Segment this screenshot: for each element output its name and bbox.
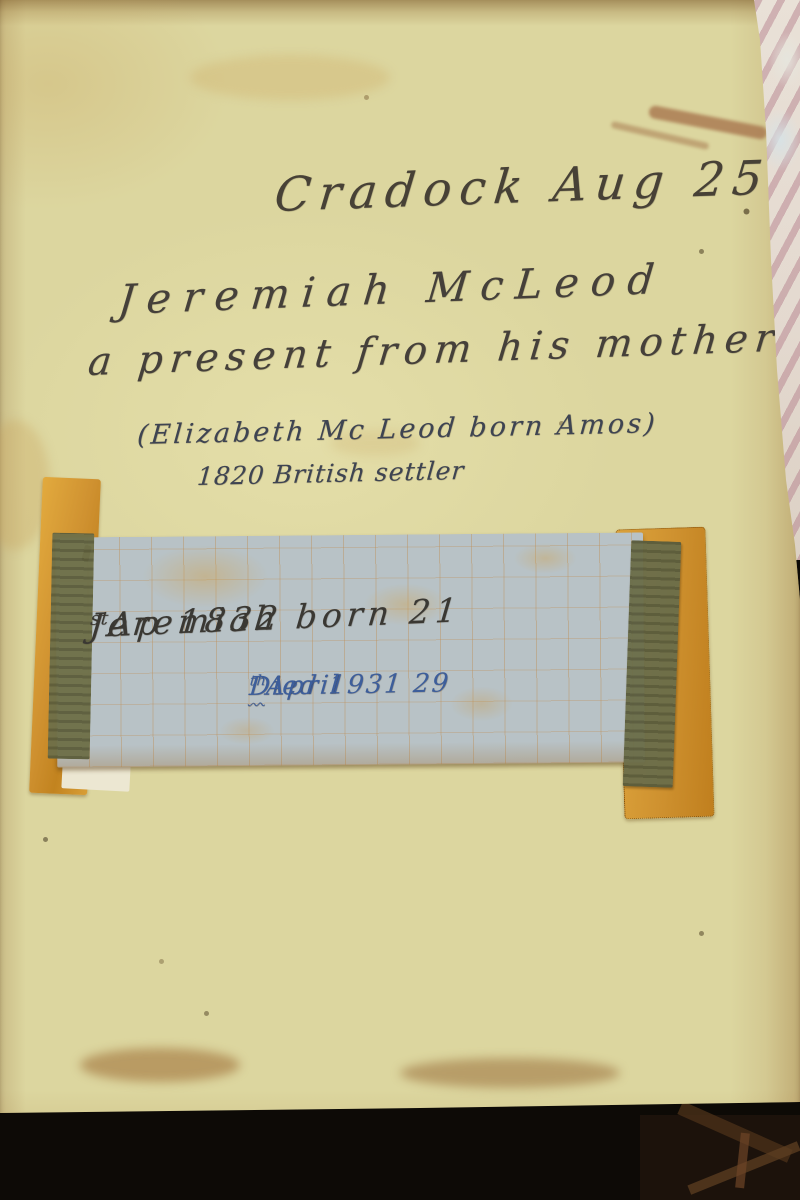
olive-tape-left [48, 533, 95, 760]
paper-specks [0, 0, 3, 3]
olive-tape-right [623, 540, 682, 788]
note-death-line: Died 1931 29th April [248, 672, 268, 702]
note-birth-line: Jeremiah born 21st Ap 1832 [88, 605, 110, 645]
inscription-place-date: Cradock Aug 25 186 [272, 146, 800, 223]
book-flyleaf-photo: Cradock Aug 25 186 Jeremiah McLeod a pre… [0, 0, 800, 1200]
inscription-dedication: a present from his mother [86, 316, 783, 385]
inscription-owner-name: Jeremiah McLeod [116, 255, 668, 324]
foxing-stain [190, 55, 390, 100]
pasted-grid-note [55, 532, 645, 767]
foxing-stain [400, 1058, 620, 1088]
note-death-text-rest: April [265, 670, 342, 701]
book-page: Cradock Aug 25 186 Jeremiah McLeod a pre… [0, 0, 800, 1200]
note-birth-text-rest: Ap 1832 [107, 598, 285, 645]
inscription-mother-note: (Elizabeth Mc Leod born Amos) [136, 408, 659, 451]
inscription-settler-note: 1820 British settler [196, 456, 466, 491]
furniture-corner [640, 1115, 800, 1200]
foxing-stain [80, 1048, 240, 1082]
